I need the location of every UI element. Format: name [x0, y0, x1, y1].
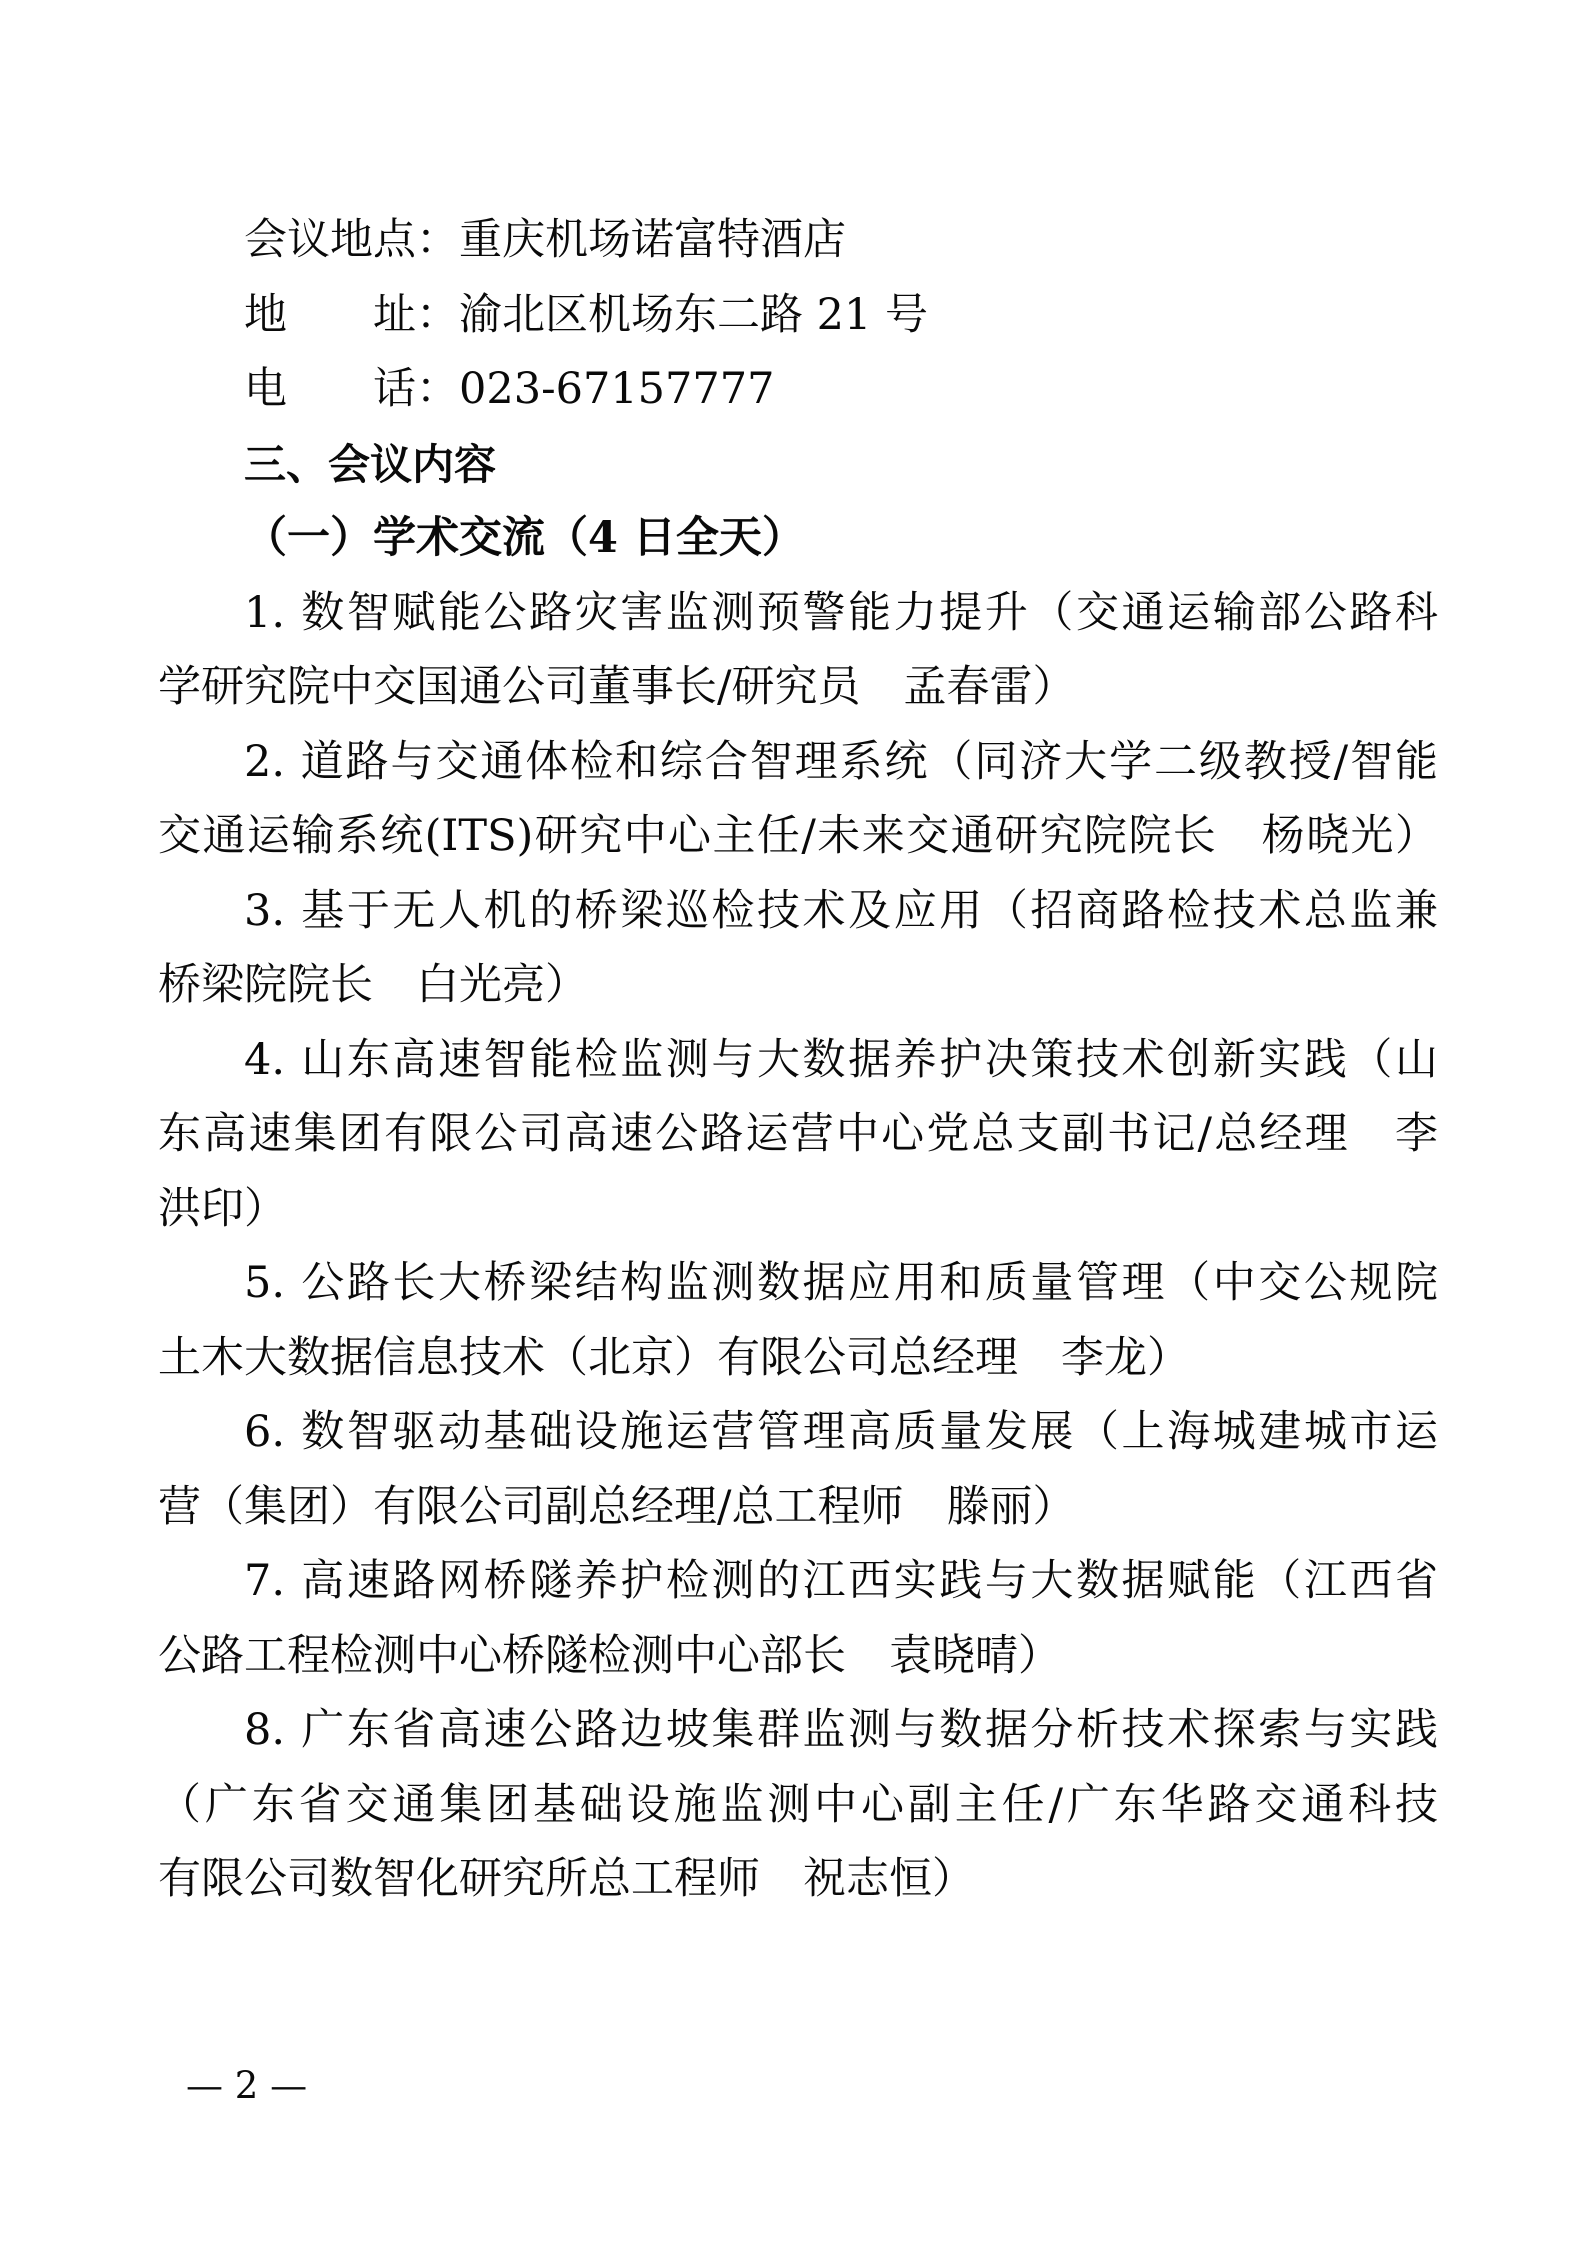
venue-value: 重庆机场诺富特酒店: [459, 215, 846, 265]
agenda-item-7-line-1: 7. 高速路网桥隧养护检测的江西实践与大数据赋能（江西省: [158, 1544, 1438, 1619]
agenda-item-6-line-1: 6. 数智驱动基础设施运营管理高质量发展（上海城建城市运: [158, 1395, 1438, 1470]
agenda-item-6-line-2: 营（集团）有限公司副总经理/总工程师 滕丽）: [158, 1470, 1438, 1545]
agenda-item-8-line-3: 有限公司数智化研究所总工程师 祝志恒）: [158, 1842, 1438, 1917]
contact-line-venue: 会议地点：重庆机场诺富特酒店: [158, 203, 1438, 278]
address-value: 渝北区机场东二路 21 号: [459, 290, 928, 340]
phone-label: 电 话：: [244, 364, 459, 414]
agenda-item-8-line-1: 8. 广东省高速公路边坡集群监测与数据分析技术探索与实践: [158, 1693, 1438, 1768]
agenda-item-7-line-2: 公路工程检测中心桥隧检测中心部长 袁晓晴）: [158, 1619, 1438, 1694]
venue-label: 会议地点：: [244, 215, 459, 265]
agenda-item-2-line-2: 交通运输系统(ITS)研究中心主任/未来交通研究院院长 杨晓光）: [158, 799, 1438, 874]
agenda-item-3-line-2: 桥梁院院长 白光亮）: [158, 948, 1438, 1023]
agenda-item-8-line-2: （广东省交通集团基础设施监测中心副主任/广东华路交通科技: [158, 1768, 1438, 1843]
agenda-item-4-line-2: 东高速集团有限公司高速公路运营中心党总支副书记/总经理 李: [158, 1097, 1438, 1172]
section-heading: 三、会议内容: [158, 427, 1438, 502]
subsection-heading: （一）学术交流（4 日全天）: [158, 501, 1438, 576]
agenda-item-4-line-3: 洪印）: [158, 1172, 1438, 1247]
address-label: 地 址：: [244, 290, 459, 340]
agenda-item-2-line-1: 2. 道路与交通体检和综合智理系统（同济大学二级教授/智能: [158, 725, 1438, 800]
phone-value: 023-67157777: [459, 364, 774, 414]
document-page: 会议地点：重庆机场诺富特酒店地 址：渝北区机场东二路 21 号电 话：023-6…: [0, 0, 1587, 2245]
contact-line-phone: 电 话：023-67157777: [158, 352, 1438, 427]
agenda-item-4-line-1: 4. 山东高速智能检监测与大数据养护决策技术创新实践（山: [158, 1023, 1438, 1098]
page-number: — 2 —: [186, 2058, 307, 2114]
agenda-item-5-line-2: 土木大数据信息技术（北京）有限公司总经理 李龙）: [158, 1321, 1438, 1396]
agenda-item-3-line-1: 3. 基于无人机的桥梁巡检技术及应用（招商路检技术总监兼: [158, 874, 1438, 949]
contact-line-address: 地 址：渝北区机场东二路 21 号: [158, 278, 1438, 353]
agenda-item-1-line-1: 1. 数智赋能公路灾害监测预警能力提升（交通运输部公路科: [158, 576, 1438, 651]
agenda-item-5-line-1: 5. 公路长大桥梁结构监测数据应用和质量管理（中交公规院: [158, 1246, 1438, 1321]
agenda-item-1-line-2: 学研究院中交国通公司董事长/研究员 孟春雷）: [158, 650, 1438, 725]
